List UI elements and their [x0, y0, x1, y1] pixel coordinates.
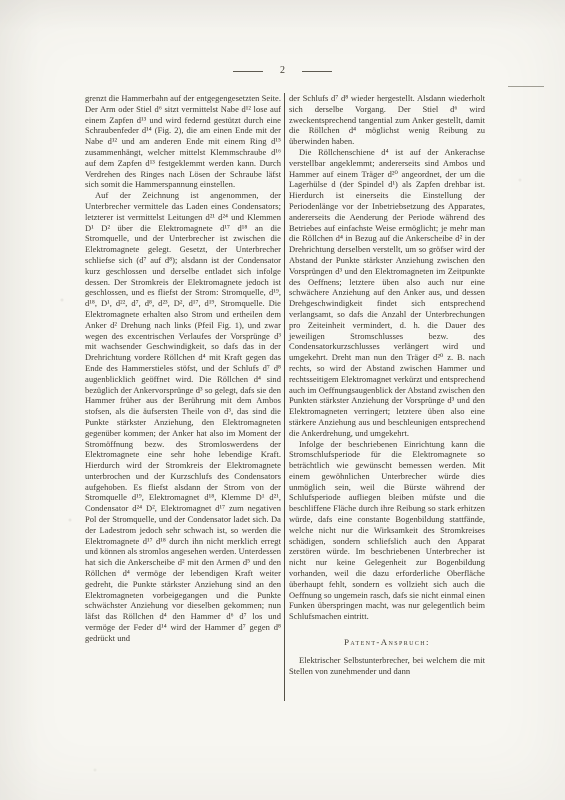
column-divider-rule: [284, 93, 285, 701]
left-column: grenzt die Hammerbahn auf der entgegenge…: [85, 93, 281, 701]
page-number: 2: [280, 66, 285, 76]
page-header: 2: [0, 64, 565, 78]
paragraph: Infolge der beschriebenen Einrichtung ka…: [289, 439, 485, 623]
paragraph: Auf der Zeichnung ist angenommen, der Un…: [85, 190, 281, 643]
header-rule-right: [302, 71, 332, 72]
right-column: der Schlufs d⁷ d⁸ wieder hergestellt. Al…: [289, 93, 485, 701]
text-columns: grenzt die Hammerbahn auf der entgegenge…: [85, 93, 485, 701]
paragraph: Die Röllchenschiene d⁴ ist auf der Anker…: [289, 147, 485, 439]
scan-artifact-line: [508, 86, 544, 87]
paragraph-continuation: der Schlufs d⁷ d⁸ wieder hergestellt. Al…: [289, 93, 485, 147]
patent-document-page: 2 grenzt die Hammerbahn auf der entgegen…: [0, 0, 565, 800]
patent-claim-paragraph: Elektrischer Selbstunterbrecher, bei wel…: [289, 655, 485, 677]
paragraph-continuation: grenzt die Hammerbahn auf der entgegenge…: [85, 93, 281, 190]
header-rule-left: [233, 71, 263, 72]
patent-claim-heading: Patent-Anspruch:: [289, 637, 485, 648]
